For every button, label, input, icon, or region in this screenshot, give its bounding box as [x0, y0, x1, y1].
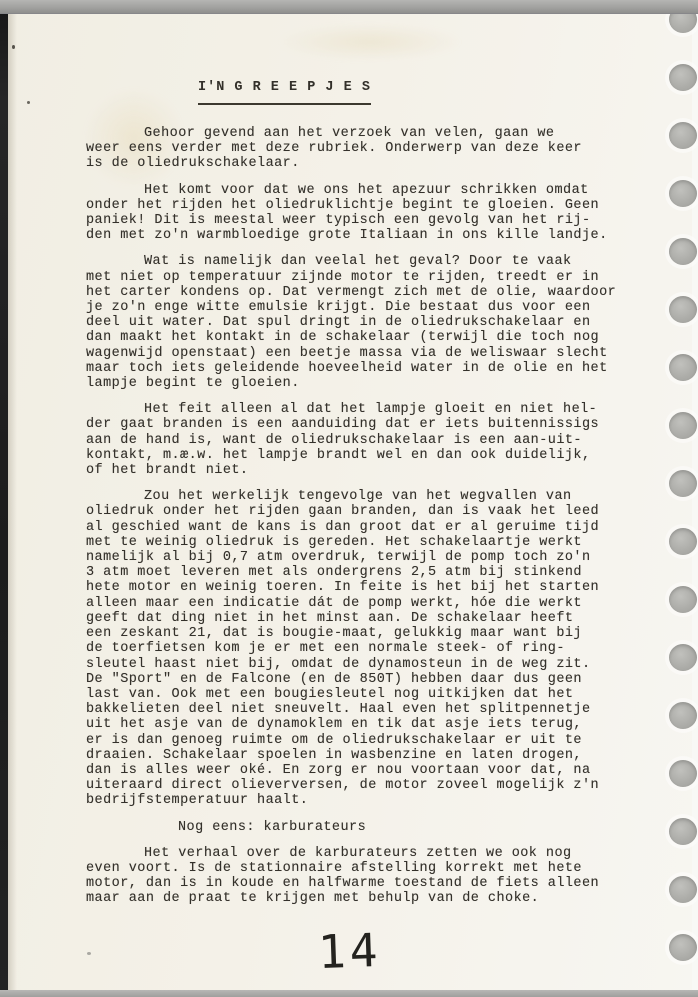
scan-right-edge — [692, 0, 698, 997]
paragraph: Gehoor gevend aan het verzoek van velen,… — [86, 126, 638, 172]
scan-top-edge — [0, 0, 698, 14]
scanned-document-page: I'N G R E E P J E S Gehoor gevend aan he… — [0, 0, 698, 997]
paragraph: Wat is namelijk dan veelal het geval? Do… — [86, 254, 638, 391]
binder-hole — [669, 876, 697, 903]
binder-hole — [669, 296, 697, 323]
ghost-print-smudge — [280, 24, 460, 60]
paragraph: Het verhaal over de karburateurs zetten … — [86, 846, 638, 907]
binder-hole — [669, 818, 697, 845]
binder-hole — [669, 644, 697, 671]
scan-left-edge — [0, 0, 8, 997]
paragraph: Zou het werkelijk tengevolge van het weg… — [86, 489, 638, 808]
page-number: 14 — [317, 923, 382, 979]
binder-hole — [669, 64, 697, 91]
binder-hole — [669, 412, 697, 439]
paragraph: Het feit alleen al dat het lampje gloeit… — [86, 402, 638, 478]
ink-speck — [87, 952, 91, 955]
ink-speck — [27, 101, 30, 104]
binder-hole — [669, 934, 697, 961]
binder-hole — [669, 470, 697, 497]
binder-hole — [669, 354, 697, 381]
section-subheading: Nog eens: karburateurs — [178, 820, 638, 835]
article-body: Gehoor gevend aan het verzoek van velen,… — [86, 126, 638, 918]
binder-hole — [669, 528, 697, 555]
scan-bottom-edge — [0, 990, 698, 997]
page-edge-shadow — [8, 0, 17, 997]
paragraph: Het komt voor dat we ons het apezuur sch… — [86, 183, 638, 244]
binder-hole — [669, 238, 697, 265]
binder-hole — [669, 122, 697, 149]
binder-hole — [669, 180, 697, 207]
binder-hole — [669, 586, 697, 613]
binder-hole — [669, 702, 697, 729]
ink-speck — [12, 45, 15, 49]
binder-hole — [669, 760, 697, 787]
article-title: I'N G R E E P J E S — [198, 80, 371, 105]
